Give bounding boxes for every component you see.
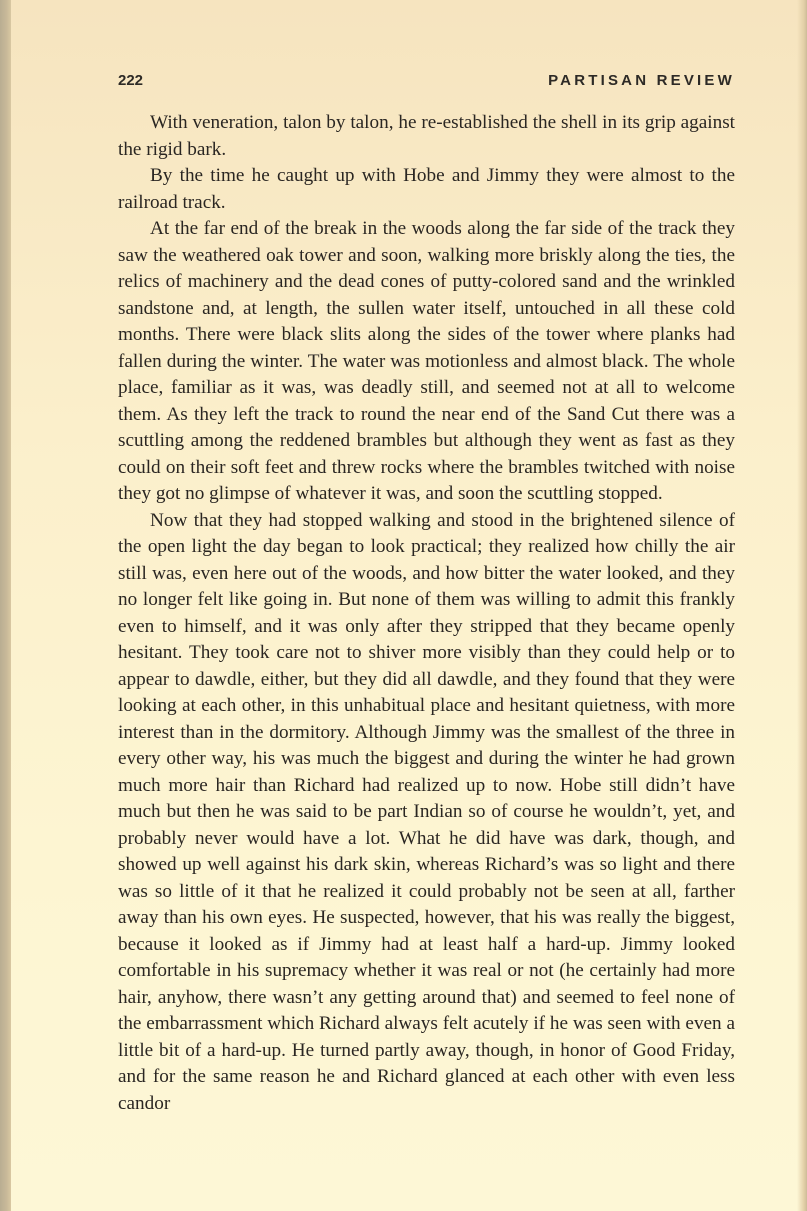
paragraph: By the time he caught up with Hobe and J… xyxy=(118,163,735,216)
book-binding-edge xyxy=(0,0,11,1211)
page-number: 222 xyxy=(118,72,143,89)
page-header: 222 PARTISAN REVIEW xyxy=(118,68,735,92)
paragraph: Now that they had stopped walking and st… xyxy=(118,508,735,1118)
paragraph: With veneration, talon by talon, he re-e… xyxy=(118,110,735,163)
body-text: With veneration, talon by talon, he re-e… xyxy=(118,110,735,1117)
page-right-edge xyxy=(797,0,807,1211)
paragraph: At the far end of the break in the woods… xyxy=(118,216,735,508)
running-head: PARTISAN REVIEW xyxy=(548,72,735,89)
